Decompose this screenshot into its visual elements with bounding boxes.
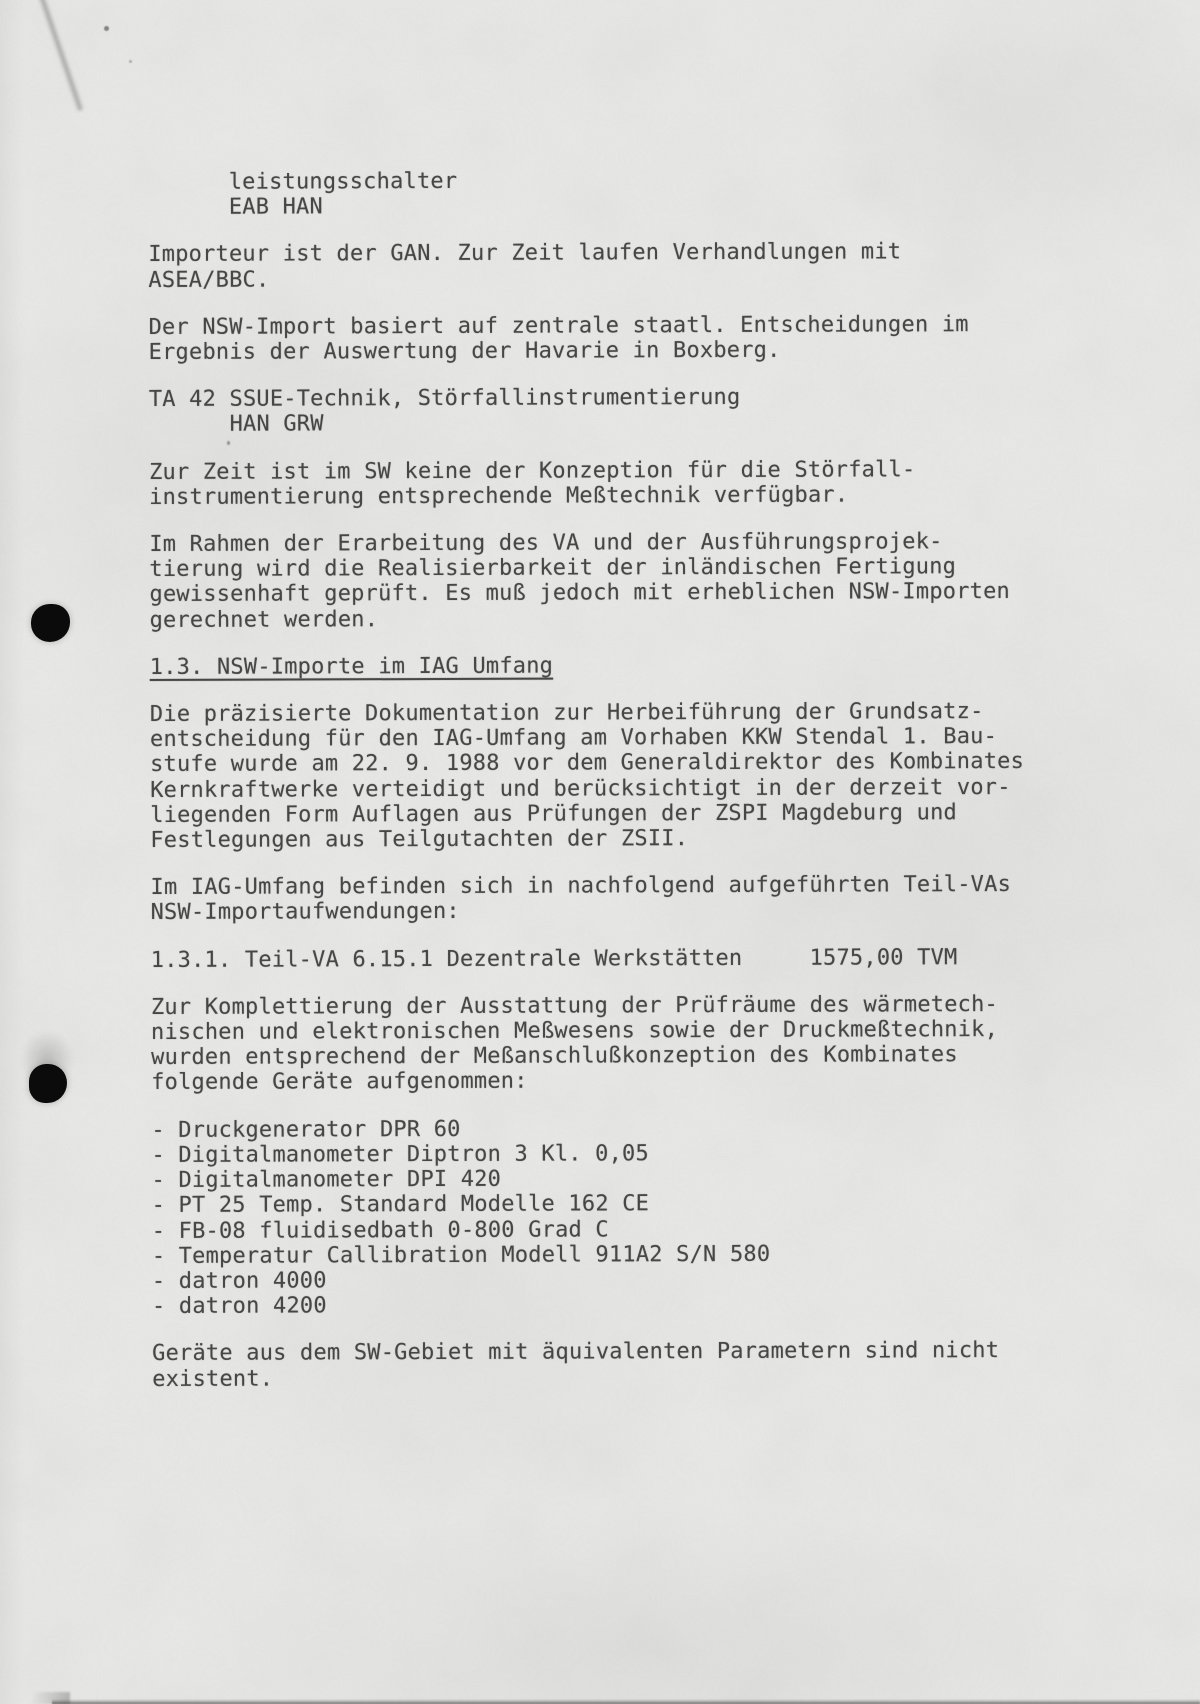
paragraph: Geräte aus dem SW-Gebiet mit äquivalente… [152,1338,1162,1392]
document-text: leistungsschalter EAB HANImporteur ist d… [148,166,1162,1413]
text-line: leistungsschalter [148,166,1158,195]
text-line: Im Rahmen der Erarbeitung des VA und der… [149,529,1159,558]
paragraph: Der NSW-Import basiert auf zentrale staa… [149,311,1159,365]
punch-hole [31,604,70,642]
text-line: gerechnet werden. [150,604,1160,633]
text-line: Im IAG-Umfang befinden sich in nachfolge… [150,872,1160,901]
device-list: - Druckgenerator DPR 60- Digitalmanomete… [151,1114,1162,1319]
text-line: stufe wurde am 22. 9. 1988 vor dem Gener… [150,749,1160,778]
text-line: EAB HAN [148,192,1158,221]
text-line: Zur Komplettierung der Ausstattung der P… [151,991,1161,1020]
text-line: - Temperatur Callibration Modell 911A2 S… [152,1240,1162,1269]
text-line: 1.3. NSW-Importe im IAG Umfang [150,651,1160,680]
text-line: nischen und elektronischen Meßwesens sow… [151,1017,1161,1046]
text-line: Geräte aus dem SW-Gebiet mit äquivalente… [152,1338,1162,1367]
paragraph: 1.3.1. Teil-VA 6.15.1 Dezentrale Werkstä… [151,944,1161,973]
corner-crease-mark [36,0,84,111]
paper-speck [104,26,109,31]
text-line: Kernkraftwerke verteidigt und berücksich… [150,774,1160,803]
text-line: - datron 4000 [152,1265,1162,1294]
section-heading: 1.3. NSW-Importe im IAG Umfang [150,651,1160,680]
paragraph: TA 42 SSUE-Technik, Störfallinstrumentie… [149,384,1159,438]
paragraph: Die präzisierte Dokumentation zur Herbei… [150,699,1161,854]
text-line: ASEA/BBC. [148,264,1158,293]
text-line: - Druckgenerator DPR 60 [151,1114,1161,1143]
text-line: Importeur ist der GAN. Zur Zeit laufen V… [148,239,1158,268]
text-line: NSW-Importaufwendungen: [151,897,1161,926]
punch-hole [29,1064,67,1103]
text-line: tierung wird die Realisierbarkeit der in… [149,554,1159,583]
scan-bottom-edge [52,1699,1200,1704]
text-line: - Digitalmanometer Diptron 3 Kl. 0,05 [151,1139,1161,1168]
paragraph: Zur Zeit ist im SW keine der Konzeption … [149,456,1159,510]
text-line: folgende Geräte aufgenommen: [151,1067,1161,1096]
text-line: gewissenhaft geprüft. Es muß jedoch mit … [149,579,1159,608]
text-line: Der NSW-Import basiert auf zentrale staa… [149,311,1159,340]
text-line: liegenden Form Auflagen aus Prüfungen de… [150,799,1160,828]
text-line: HAN GRW [149,409,1159,438]
text-line: existent. [152,1363,1162,1392]
text-line: - Digitalmanometer DPI 420 [151,1165,1161,1194]
text-line: Zur Zeit ist im SW keine der Konzeption … [149,456,1159,485]
text-line: Ergebnis der Auswertung der Havarie in B… [149,336,1159,365]
text-line: instrumentierung entsprechende Meßtechni… [149,481,1159,510]
text-line: - PT 25 Temp. Standard Modelle 162 CE [152,1190,1162,1219]
text-line: TA 42 SSUE-Technik, Störfallinstrumentie… [149,384,1159,413]
scanned-document-page: leistungsschalter EAB HANImporteur ist d… [0,0,1200,1704]
text-line: - FB-08 fluidisedbath 0-800 Grad C [152,1215,1162,1244]
paragraph: Im IAG-Umfang befinden sich in nachfolge… [150,872,1160,926]
text-line: 1.3.1. Teil-VA 6.15.1 Dezentrale Werkstä… [151,944,1161,973]
text-line: - datron 4200 [152,1291,1162,1320]
paragraph: leistungsschalter EAB HAN [148,166,1158,220]
text-line: entscheidung für den IAG-Umfang am Vorha… [150,724,1160,753]
paragraph: Im Rahmen der Erarbeitung des VA und der… [149,529,1159,633]
paragraph: Importeur ist der GAN. Zur Zeit laufen V… [148,239,1158,293]
paper-speck [129,60,132,63]
paragraph: Zur Komplettierung der Ausstattung der P… [151,991,1161,1095]
text-line: Die präzisierte Dokumentation zur Herbei… [150,699,1160,728]
text-line: wurden entsprechend der Meßanschlußkonze… [151,1042,1161,1071]
text-line: Festlegungen aus Teilgutachten der ZSII. [150,825,1160,854]
